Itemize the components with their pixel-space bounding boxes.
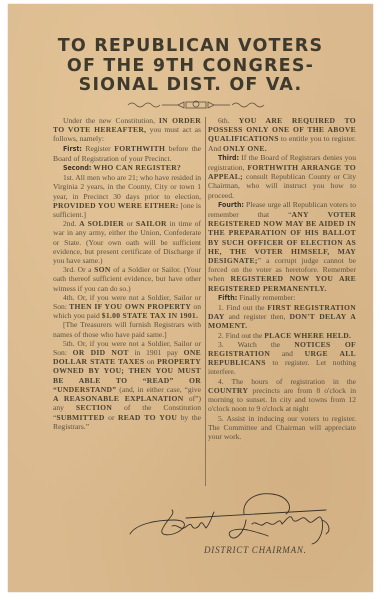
- paragraph: 2nd. A SOLDIER or SAILOR in time of war …: [53, 219, 201, 265]
- section-label: First:: [63, 145, 82, 153]
- emphasis-text: REGISTERED NOW YOU ARE REGISTERED PERMAN…: [208, 274, 356, 292]
- emphasis-text: FORTHWITH: [114, 144, 165, 153]
- broadside-page: TO REPUBLICAN VOTERS OF THE 9TH CONGRES-…: [8, 4, 373, 592]
- body-text: 5. Assist in inducing our voters to regi…: [208, 414, 356, 441]
- body-text: 2. Find out the: [218, 331, 264, 340]
- paragraph: 1st. All men who are 21; who have reside…: [53, 173, 201, 219]
- body-text: or: [105, 413, 118, 422]
- paragraph: 4. The hours of registration in the COUN…: [208, 377, 356, 414]
- paragraph: 2. Find out the PLACE WHERE HELD.: [208, 331, 356, 340]
- body-text: on: [144, 357, 157, 366]
- emphasis-text: A REASONABLE EXPLANATION: [53, 394, 184, 403]
- emphasis-text: A SOLDIER: [79, 219, 124, 228]
- section-label: Fifth:: [218, 294, 237, 302]
- paragraph: Under the new Constitution, IN ORDER TO …: [53, 116, 201, 144]
- body-text: (and, in either case, “give: [116, 385, 201, 394]
- column-rule: [205, 117, 206, 486]
- paragraph: Fifth: Finally remember:: [208, 293, 356, 303]
- section-label: Second:: [63, 164, 91, 172]
- title-line-2: OF THE 9TH CONGRES-: [8, 57, 373, 77]
- paragraph: 3rd. Or a SON of a Soldier or Sailor. (Y…: [53, 265, 201, 293]
- emphasis-text: OR DID NOT: [73, 348, 129, 357]
- body-text: 3. Watch the: [218, 340, 294, 349]
- paragraph: Fourth: Please urge all Republican voter…: [208, 200, 356, 293]
- paragraph: 4th. Or, if you were not a Soldier, Sail…: [53, 293, 201, 321]
- emphasis-text: $1.00 STATE TAX IN 1901.: [102, 311, 199, 320]
- paragraph: 5. Assist in inducing our voters to regi…: [208, 414, 356, 442]
- body-text: Register: [82, 144, 114, 153]
- paragraph: 1. Find out the FIRST REGISTRATION DAY a…: [208, 303, 356, 331]
- paragraph: 3. Watch the NOTICES OF REGISTRATION and…: [208, 340, 356, 377]
- ornamental-divider-icon: [126, 99, 266, 111]
- left-column: Under the new Constitution, IN ORDER TO …: [53, 116, 201, 431]
- emphasis-text: PROVIDED YOU WERE EITHER:: [53, 201, 179, 210]
- section-label: Fourth:: [218, 201, 244, 209]
- emphasis-text: SECTION: [76, 403, 112, 412]
- body-text: in 1901 pay: [129, 348, 184, 357]
- right-column: 6th. YOU ARE REQUIRED TO POSSESS ONLY ON…: [208, 116, 356, 441]
- emphasis-text: PLACE WHERE HELD.: [264, 331, 351, 340]
- body-text: 3rd. Or a: [63, 265, 94, 274]
- emphasis-text: READ TO YOU: [118, 413, 177, 422]
- signature-image: Frank J. Lindsey: [126, 490, 351, 550]
- body-text: and register then,: [225, 312, 290, 321]
- title-line-1: TO REPUBLICAN VOTERS: [8, 37, 373, 57]
- emphasis-text: WHO CAN REGISTER?: [93, 163, 181, 172]
- emphasis-text: SAILOR: [136, 219, 167, 228]
- paragraph: 5th. Or, if you were not a Soldier, Sail…: [53, 339, 201, 431]
- body-text: or: [124, 219, 136, 228]
- body-text: 2nd.: [63, 219, 79, 228]
- emphasis-text: COUNTRY: [208, 386, 248, 395]
- body-text: 6th.: [218, 116, 239, 125]
- body-text: Under the new Constitution,: [63, 116, 159, 125]
- emphasis-text: SON: [94, 265, 111, 274]
- paragraph: Third: If the Board of Registrars denies…: [208, 153, 356, 200]
- page-title: TO REPUBLICAN VOTERS OF THE 9TH CONGRES-…: [8, 37, 373, 96]
- body-text: 1. Find out the: [218, 303, 267, 312]
- emphasis-text: THEN IF YOU OWN PROPERTY: [69, 302, 191, 311]
- emphasis-text: SUBMITTED: [56, 413, 104, 422]
- body-text: and: [270, 349, 305, 358]
- body-text: 1st. All men who are 21; who have reside…: [53, 173, 201, 200]
- paragraph: Second: WHO CAN REGISTER?: [53, 163, 201, 173]
- paragraph: [The Treasurers will furnish Registrars …: [53, 320, 201, 338]
- body-text: Finally remember:: [237, 293, 295, 302]
- body-text: [The Treasurers will furnish Registrars …: [53, 320, 201, 338]
- body-text: 4. The hours of registration in the: [218, 377, 356, 386]
- emphasis-text: ONLY ONE.: [223, 144, 267, 153]
- signature-title: DISTRICT CHAIRMAN.: [204, 545, 307, 555]
- title-line-3: SIONAL DIST. OF VA.: [8, 76, 373, 96]
- paragraph: 6th. YOU ARE REQUIRED TO POSSESS ONLY ON…: [208, 116, 356, 153]
- paragraph: First: Register FORTHWITH before the Boa…: [53, 144, 201, 163]
- section-label: Third:: [218, 154, 239, 162]
